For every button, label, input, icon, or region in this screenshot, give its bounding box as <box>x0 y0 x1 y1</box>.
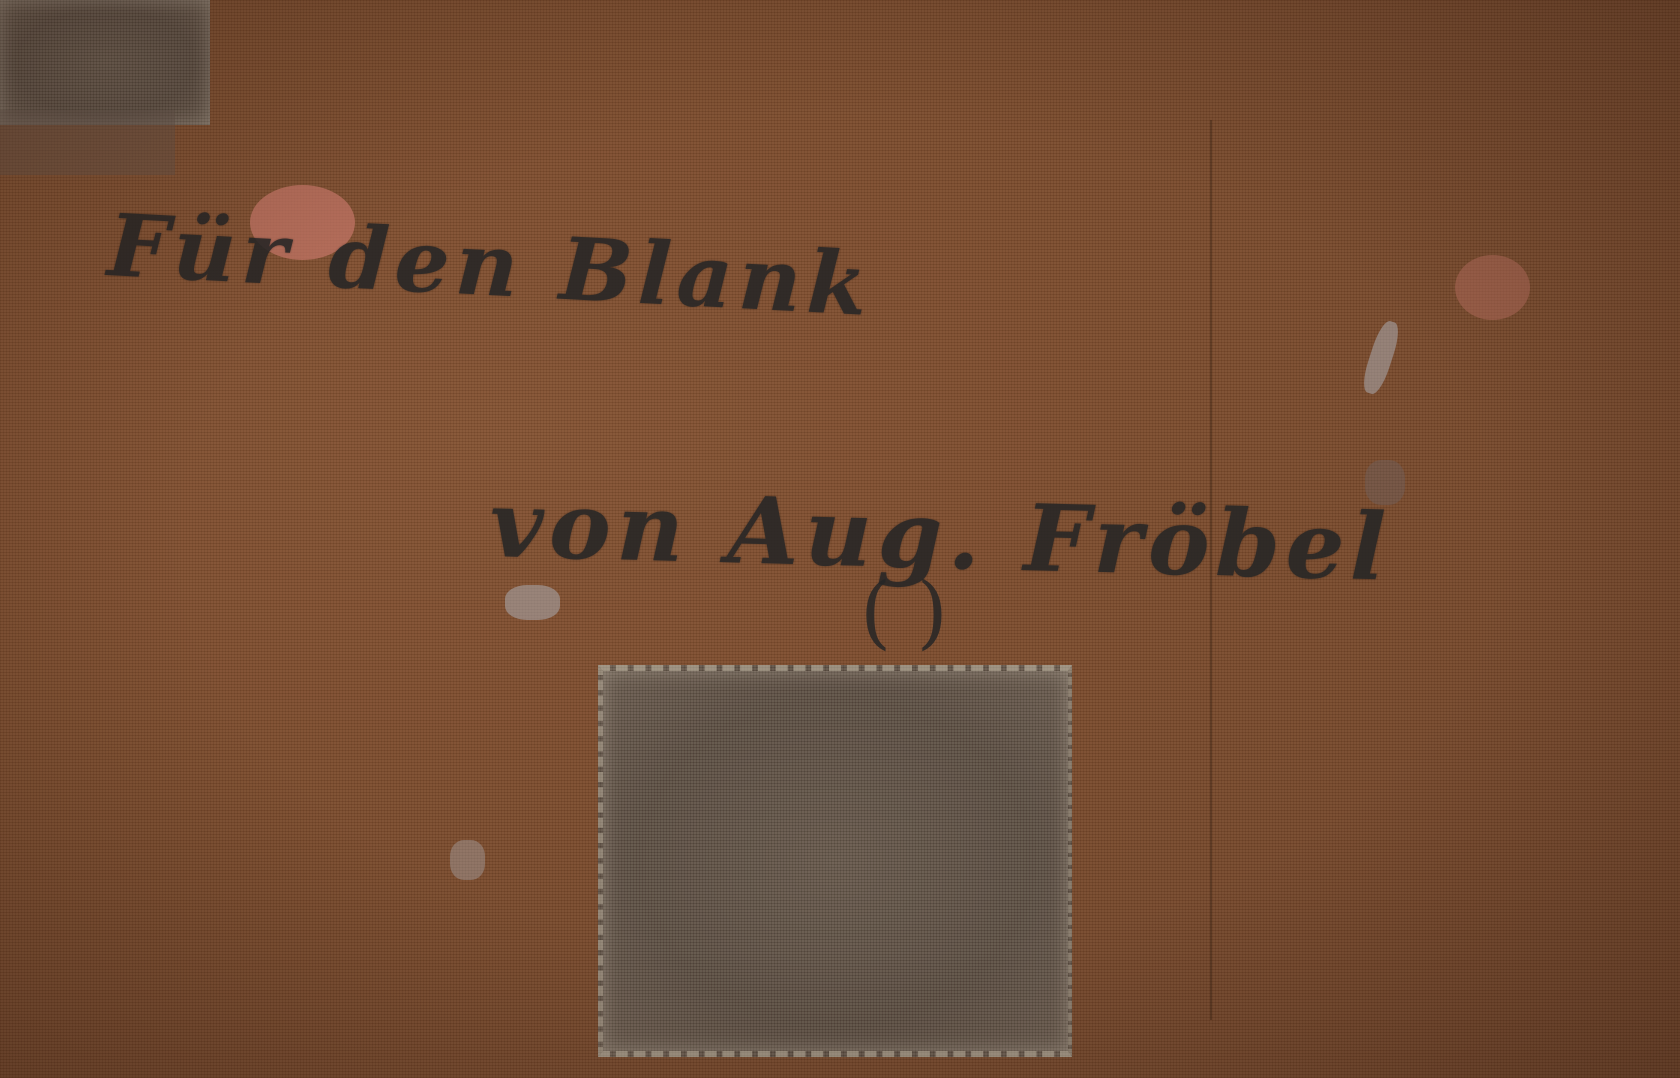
canvas-back: Für den Blank von Aug. Fröbel ( ) <box>0 0 1680 1078</box>
vignette <box>0 0 1680 1078</box>
